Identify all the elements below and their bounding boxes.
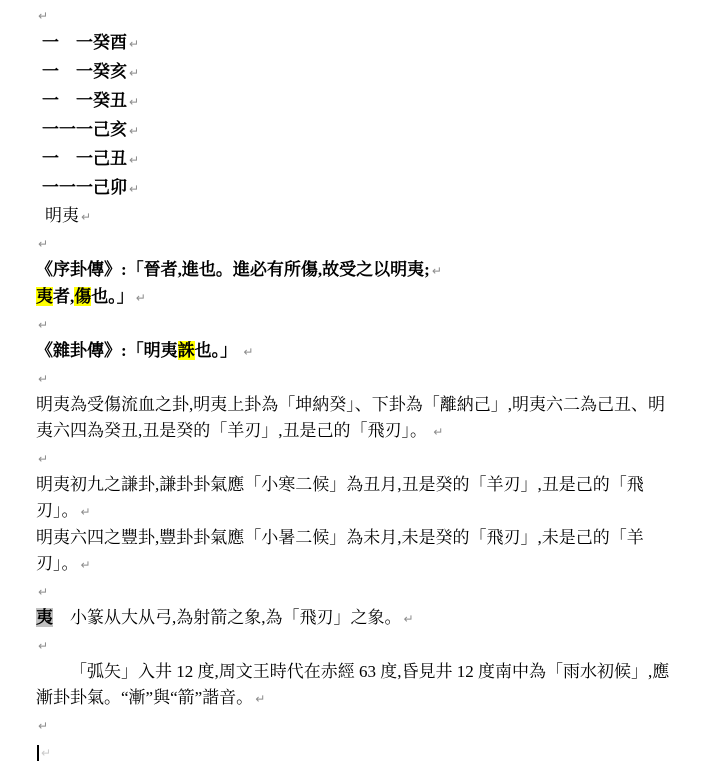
highlighted-text-segment: 夷	[36, 608, 53, 627]
paragraph-mark-icon: ↵	[81, 210, 91, 224]
hexagram-name: 明夷↵	[36, 203, 681, 230]
text-segment: 者,	[53, 287, 74, 306]
xugua-text: 《序卦傳》:「晉者,進也。進必有所傷,故受之以明夷;	[36, 260, 430, 279]
text-segment: 一一一己卯	[42, 178, 127, 197]
paragraph-mark-icon: ↵	[433, 425, 443, 439]
hexagram-line-text: 一一一己亥	[42, 120, 127, 139]
hexagram-line-3-jihai: 一一一己亥↵	[36, 116, 681, 145]
paragraph-mark-icon: ↵	[129, 153, 139, 167]
xugua-text-highlighted: 夷者,傷也。」	[36, 287, 134, 306]
paragraph-mark-icon: ↵	[129, 124, 139, 138]
hexagram-line-text: 一一一己卯	[42, 178, 127, 197]
text-segment: 一 一癸亥	[42, 62, 127, 81]
hexagram-name-text: 明夷	[45, 206, 79, 225]
empty-paragraph: ↵	[36, 445, 681, 472]
paragraph-mark-icon: ↵	[255, 692, 265, 706]
paragraph-qian-hexagram: 明夷初九之謙卦,謙卦卦氣應「小寒二候」為丑月,丑是癸的「羊刃」,丑是己的「飛刃」…	[36, 472, 681, 525]
paragraph-text: 明夷初九之謙卦,謙卦卦氣應「小寒二候」為丑月,丑是癸的「羊刃」,丑是己的「飛刃」…	[36, 475, 644, 520]
paragraph-mark-icon: ↵	[38, 452, 48, 466]
paragraph-mark-icon: ↵	[81, 505, 91, 519]
hexagram-line-text: 一 一癸酉	[42, 33, 127, 52]
document-edit-area[interactable]: ↵ 一 一癸酉↵ 一 一癸亥↵ 一 一癸丑↵ 一一一己亥↵ 一 一己丑↵ 一一一…	[36, 2, 681, 733]
xugua-commentary-line-1: 《序卦傳》:「晉者,進也。進必有所傷,故受之以明夷;↵	[36, 257, 681, 284]
empty-paragraph: ↵	[36, 230, 681, 257]
paragraph-feng-hexagram: 明夷六四之豐卦,豐卦卦氣應「小暑二候」為未月,未是癸的「飛刃」,未是己的「羊刃」…	[36, 525, 681, 578]
gloss-yi-character: 夷 小篆从大从弓,為射箭之象,為「飛刃」之象。↵	[36, 605, 681, 632]
text-segment: 也。」	[91, 287, 134, 306]
paragraph-mark-icon: ↵	[129, 37, 139, 51]
paragraph-mark-icon: ↵	[129, 95, 139, 109]
hexagram-line-text: 一 一己丑	[42, 149, 127, 168]
empty-paragraph: ↵	[36, 632, 681, 659]
paragraph-mark-icon: ↵	[129, 66, 139, 80]
paragraph-mark-icon: ↵	[38, 719, 48, 733]
highlighted-text-segment: 誅	[178, 341, 195, 360]
paragraph-mark-icon: ↵	[38, 585, 48, 599]
paragraph-blood-injury: 明夷為受傷流血之卦,明夷上卦為「坤納癸」、下卦為「離納己」,明夷六二為己丑、明夷…	[36, 392, 681, 445]
text-segment: 明夷	[45, 206, 79, 225]
empty-paragraph: ↵	[36, 712, 681, 733]
paragraph-mark-icon: ↵	[136, 291, 146, 305]
hexagram-line-text: 一 一癸丑	[42, 91, 127, 110]
text-segment: 也。」	[195, 341, 238, 360]
empty-paragraph: ↵	[36, 311, 681, 338]
paragraph-mark-icon: ↵	[129, 182, 139, 196]
hexagram-line-4-kuichou: 一 一癸丑↵	[36, 87, 681, 116]
text-segment: 一一一己亥	[42, 120, 127, 139]
hexagram-line-text: 一 一癸亥	[42, 62, 127, 81]
empty-paragraph: ↵	[36, 578, 681, 605]
text-segment: 《序卦傳》:「晉者,進也。進必有所傷,故受之以明夷;	[36, 260, 430, 279]
hexagram-line-top-kuiyou: 一 一癸酉↵	[36, 29, 681, 58]
xugua-commentary-line-2: 夷者,傷也。」↵	[36, 284, 681, 311]
paragraph-mark-icon: ↵	[38, 237, 48, 251]
paragraph-text: 明夷六四之豐卦,豐卦卦氣應「小暑二候」為未月,未是癸的「飛刃」,未是己的「羊刃」…	[36, 528, 644, 573]
hexagram-line-5-kuihai: 一 一癸亥↵	[36, 58, 681, 87]
text-segment: 明夷六四之豐卦,豐卦卦氣應「小暑二候」為未月,未是癸的「飛刃」,未是己的「羊刃」…	[36, 528, 644, 573]
text-segment: 一 一己丑	[42, 149, 127, 168]
paragraph-hushi-asterism: 「弧矢」入井 12 度,周文王時代在赤經 63 度,昏見井 12 度南中為「雨水…	[36, 659, 681, 712]
highlighted-text-segment: 夷	[36, 287, 53, 306]
paragraph-text: 「弧矢」入井 12 度,周文王時代在赤經 63 度,昏見井 12 度南中為「雨水…	[36, 662, 669, 707]
text-segment: 一 一癸酉	[42, 33, 127, 52]
text-segment: 「弧矢」入井 12 度,周文王時代在赤經 63 度,昏見井 12 度南中為「雨水…	[36, 662, 669, 707]
zagua-text: 《雜卦傳》:「明夷誅也。」	[36, 341, 237, 360]
paragraph-mark-icon: ↵	[38, 9, 48, 23]
hexagram-line-2-jichou: 一 一己丑↵	[36, 145, 681, 174]
hexagram-line-1-jimao: 一一一己卯↵	[36, 174, 681, 203]
empty-paragraph: ↵	[36, 2, 681, 29]
paragraph-mark-icon: ↵	[81, 558, 91, 572]
text-segment: 小篆从大从弓,為射箭之象,為「飛刃」之象。	[53, 608, 402, 627]
paragraph-mark-icon: ↵	[404, 612, 414, 626]
paragraph-mark-icon: ↵	[38, 639, 48, 653]
paragraph-mark-icon: ↵	[432, 264, 442, 278]
empty-paragraph: ↵	[36, 365, 681, 392]
gloss-text: 夷 小篆从大从弓,為射箭之象,為「飛刃」之象。	[36, 608, 402, 627]
paragraph-mark-icon: ↵	[38, 372, 48, 386]
text-segment: 明夷初九之謙卦,謙卦卦氣應「小寒二候」為丑月,丑是癸的「羊刃」,丑是己的「飛刃」…	[36, 475, 644, 520]
text-segment: 明夷為受傷流血之卦,明夷上卦為「坤納癸」、下卦為「離納己」,明夷六二為己丑、明夷…	[36, 395, 665, 440]
zagua-commentary-line: 《雜卦傳》:「明夷誅也。」 ↵	[36, 338, 681, 365]
paragraph-mark-icon: ↵	[38, 318, 48, 332]
paragraph-text: 明夷為受傷流血之卦,明夷上卦為「坤納癸」、下卦為「離納己」,明夷六二為己丑、明夷…	[36, 395, 665, 440]
text-segment: 一 一癸丑	[42, 91, 127, 110]
paragraph-mark-icon: ↵	[243, 345, 253, 359]
highlighted-text-segment: 傷	[74, 287, 91, 306]
text-segment: 《雜卦傳》:「明夷	[36, 341, 178, 360]
